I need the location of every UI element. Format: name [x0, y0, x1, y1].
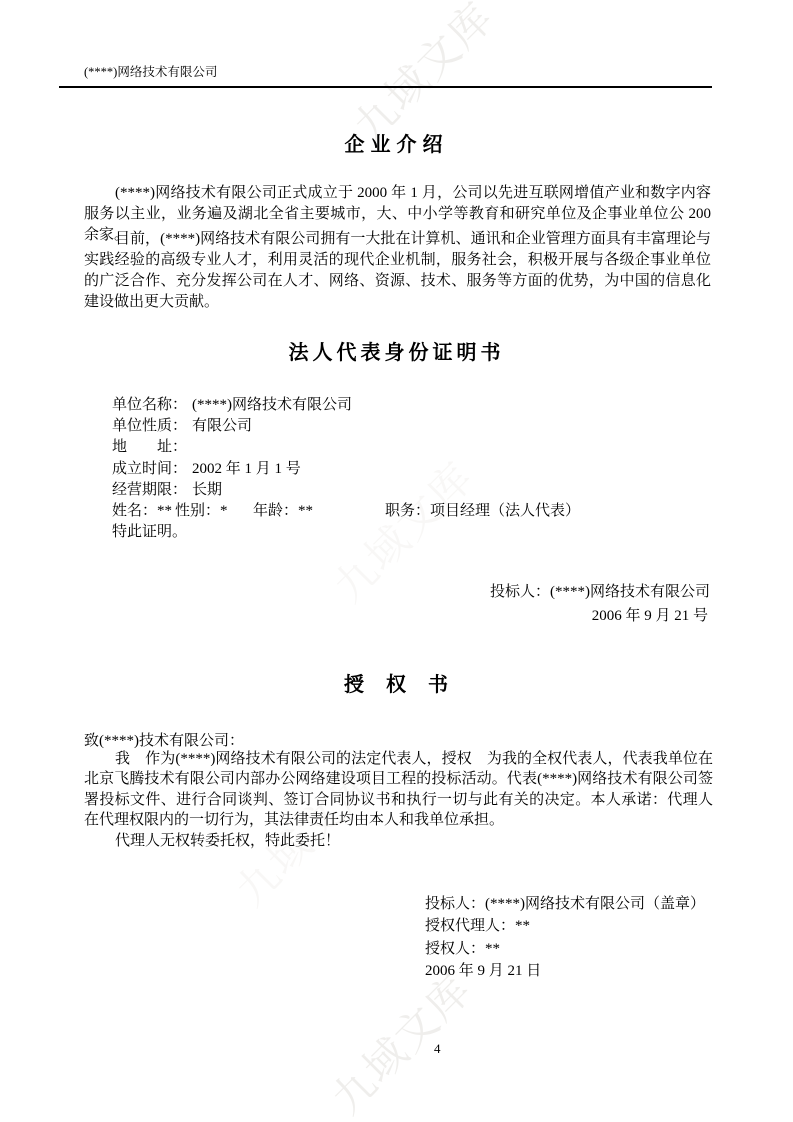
- field-row-founding-date: 成立时间：2002 年 1 月 1 号: [112, 459, 712, 480]
- field-label: 经营期限：: [112, 480, 187, 501]
- field-row-company-type: 单位性质：有限公司: [112, 416, 712, 437]
- field-label: 地 址：: [112, 437, 187, 458]
- field-value: 长期: [192, 480, 222, 501]
- certificate-fields: 单位名称：(****)网络技术有限公司 单位性质：有限公司 地 址： 成立时间：…: [112, 395, 712, 543]
- field-row-person-info: 姓名：** 性别：* 年龄：** 职务：项目经理（法人代表）: [112, 501, 712, 522]
- watermark-text: 九域文库: [317, 959, 484, 1122]
- page-number: 4: [434, 1041, 441, 1057]
- person-gender: 性别：*: [175, 501, 228, 522]
- watermark-text: 九域文库: [339, 0, 506, 153]
- field-label: 单位名称：: [112, 395, 187, 416]
- field-label: 成立时间：: [112, 459, 187, 480]
- header-divider: [59, 86, 712, 88]
- section-title-legal-rep-certificate: 法人代表身份证明书: [0, 342, 793, 364]
- signature-principal-line: 授权人：**: [425, 938, 705, 960]
- field-value: (****)网络技术有限公司: [192, 395, 352, 416]
- section-title-authorization-letter: 授 权 书: [0, 674, 793, 696]
- section-title-company-intro: 企业介绍: [0, 134, 793, 156]
- person-age: 年龄：**: [253, 501, 313, 522]
- authorization-paragraph: 我 作为(****)网络技术有限公司的法定代表人，授权 为我的全权代表人，代表我…: [84, 749, 713, 831]
- page-header-company: (****)网络技术有限公司: [84, 62, 217, 80]
- certificate-bidder-line: 投标人：(****)网络技术有限公司: [490, 581, 710, 605]
- authorization-body: 我 作为(****)网络技术有限公司的法定代表人，授权 为我的全权代表人，代表我…: [84, 749, 713, 851]
- document-page: 九域文库 九域文库 九域文库 九域文库 (****)网络技术有限公司 企业介绍 …: [0, 0, 793, 1122]
- certificate-signature-block: 投标人：(****)网络技术有限公司 2006 年 9 月 21 号: [490, 581, 710, 628]
- closing-text: 特此证明。: [112, 524, 187, 540]
- signature-date-line: 2006 年 9 月 21 日: [425, 960, 705, 982]
- authorization-salutation: 致(****)技术有限公司：: [84, 729, 244, 750]
- signature-agent-line: 授权代理人：**: [425, 915, 705, 937]
- certificate-date-line: 2006 年 9 月 21 号: [490, 605, 710, 629]
- intro-paragraph-2: 目前，(****)网络技术有限公司拥有一大批在计算机、通讯和企业管理方面具有丰富…: [84, 229, 711, 313]
- field-value: 2002 年 1 月 1 号: [192, 459, 301, 480]
- authorization-signature-block: 投标人：(****)网络技术有限公司（盖章） 授权代理人：** 授权人：** 2…: [425, 893, 705, 983]
- authorization-note: 代理人无权转委托权，特此委托！: [84, 831, 713, 851]
- person-name: 姓名：**: [112, 501, 172, 522]
- certificate-closing: 特此证明。: [112, 522, 712, 543]
- field-row-address: 地 址：: [112, 437, 712, 458]
- field-label: 单位性质：: [112, 416, 187, 437]
- person-position: 职务：项目经理（法人代表）: [385, 501, 580, 522]
- field-row-company-name: 单位名称：(****)网络技术有限公司: [112, 395, 712, 416]
- signature-bidder-line: 投标人：(****)网络技术有限公司（盖章）: [425, 893, 705, 915]
- field-value: 有限公司: [192, 416, 252, 437]
- field-row-business-term: 经营期限：长期: [112, 480, 712, 501]
